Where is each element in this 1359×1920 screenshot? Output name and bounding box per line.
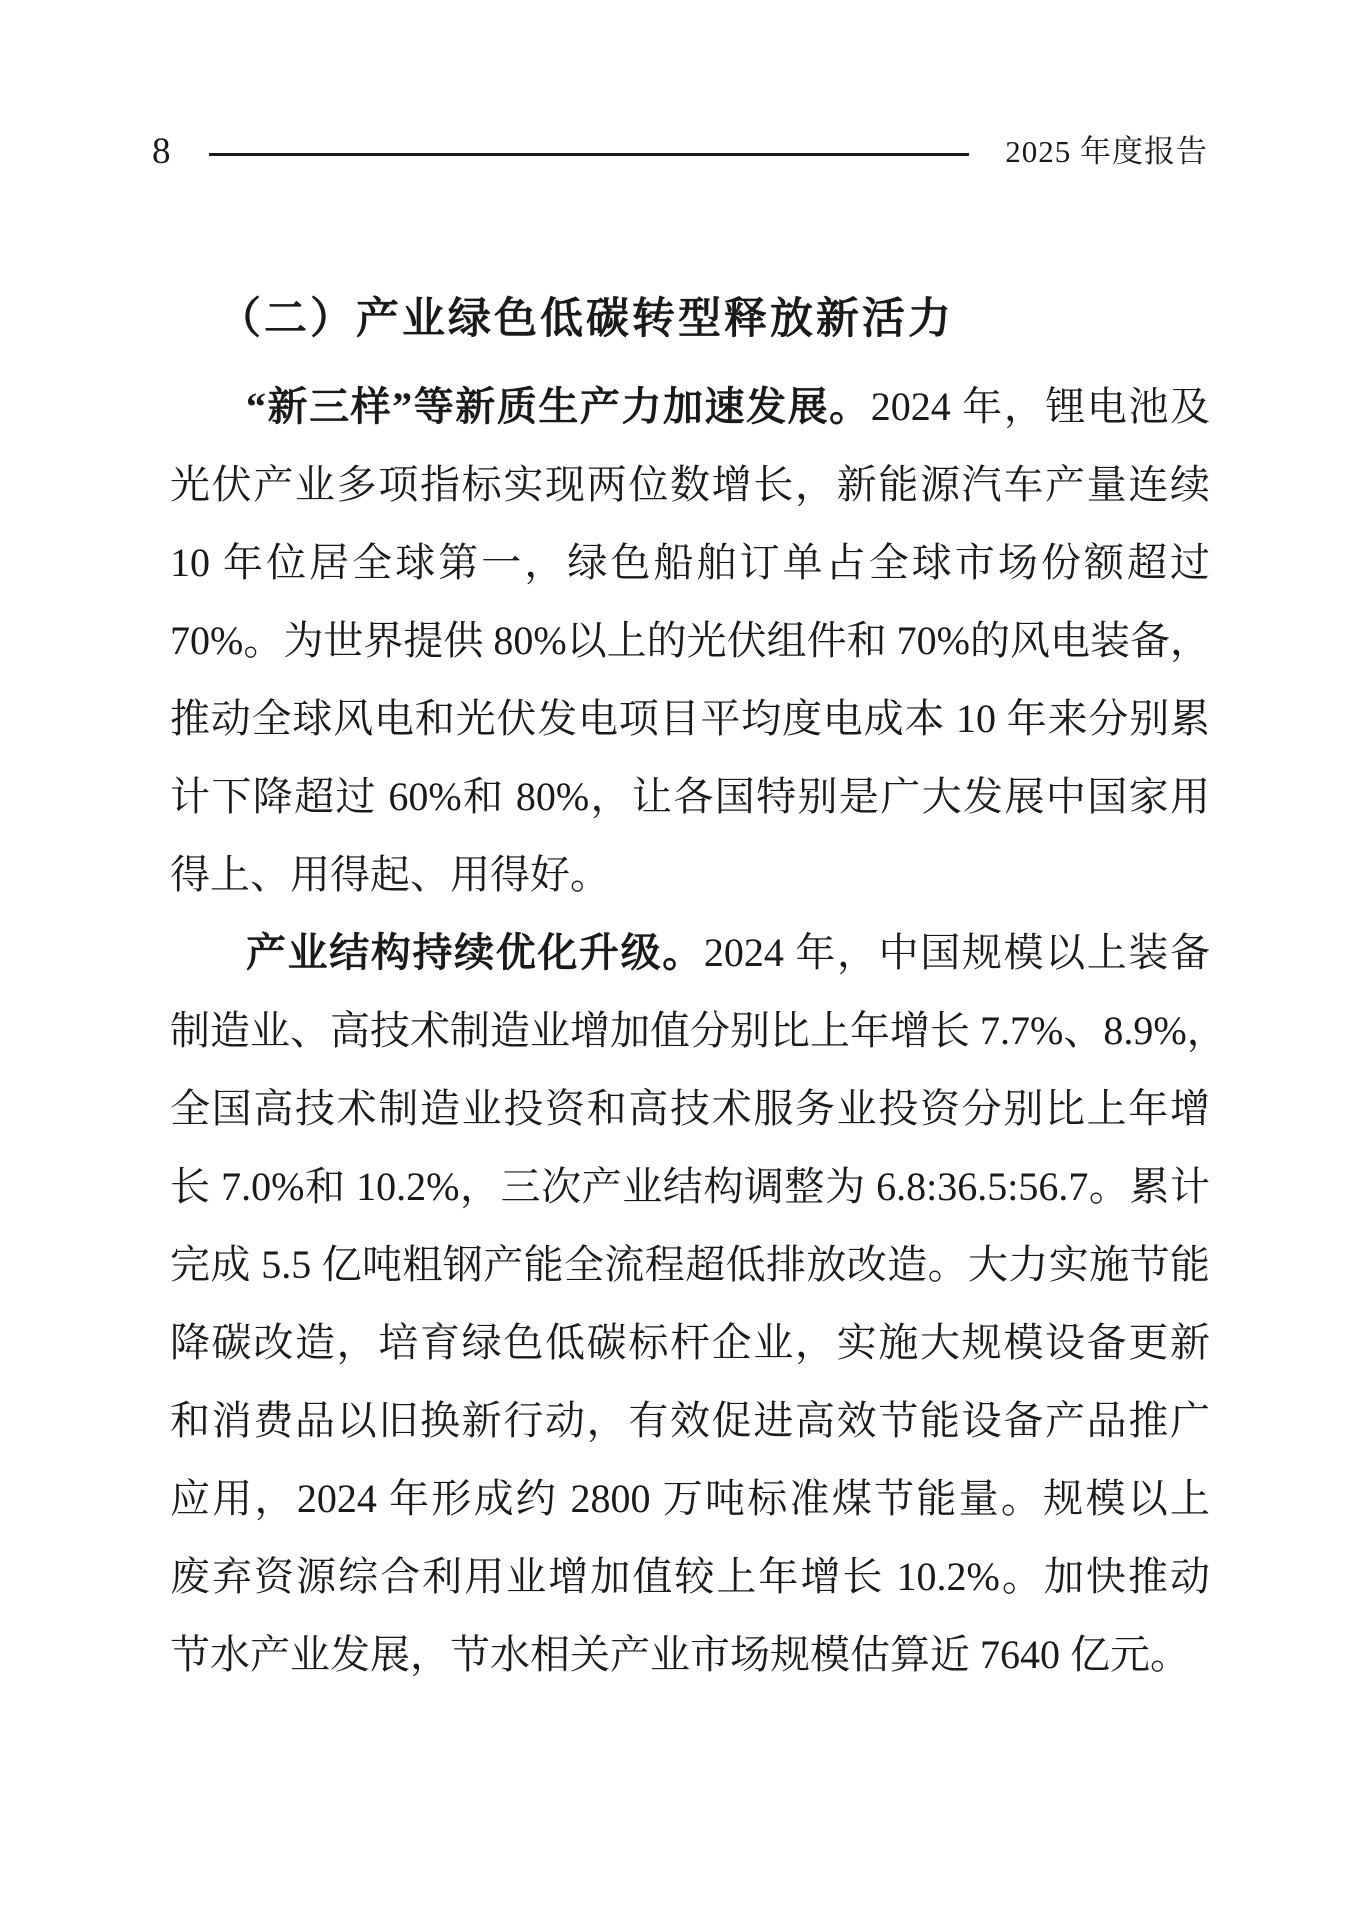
text-line: “新三样”等新质生产力加速发展。2024 年，锂电池及 [170, 368, 1210, 446]
paragraph-lead-rest: 2024 年，中国规模以上装备 [704, 930, 1210, 975]
text-line: 推动全球风电和光伏发电项目平均度电成本 10 年来分别累 [170, 680, 1210, 758]
paragraph-1: “新三样”等新质生产力加速发展。2024 年，锂电池及 光伏产业多项指标实现两位… [170, 368, 1210, 914]
text-line: 光伏产业多项指标实现两位数增长，新能源汽车产量连续 [170, 446, 1210, 524]
paragraph-lead-bold: “新三样”等新质生产力加速发展。 [246, 384, 871, 429]
text-line: 完成 5.5 亿吨粗钢产能全流程超低排放改造。大力实施节能 [170, 1226, 1210, 1304]
text-line: 得上、用得起、用得好。 [170, 836, 1210, 914]
text-line: 长 7.0%和 10.2%，三次产业结构调整为 6.8:36.5:56.7。累计 [170, 1148, 1210, 1226]
text-line: 10 年位居全球第一，绿色船舶订单占全球市场份额超过 [170, 524, 1210, 602]
header-rule [209, 153, 970, 156]
text-line: 应用，2024 年形成约 2800 万吨标准煤节能量。规模以上 [170, 1460, 1210, 1538]
section-heading: （二）产业绿色低碳转型释放新活力 [170, 292, 1210, 348]
text-line: 降碳改造，培育绿色低碳标杆企业，实施大规模设备更新 [170, 1304, 1210, 1382]
text-line: 计下降超过 60%和 80%，让各国特别是广大发展中国家用 [170, 758, 1210, 836]
paragraph-lead-bold: 产业结构持续优化升级。 [246, 930, 704, 975]
text-line: 全国高技术制造业投资和高技术服务业投资分别比上年增 [170, 1070, 1210, 1148]
page-header: 8 2025 年度报告 [152, 128, 1208, 176]
text-line: 产业结构持续优化升级。2024 年，中国规模以上装备 [170, 914, 1210, 992]
text-line: 制造业、高技术制造业增加值分别比上年增长 7.7%、8.9%， [170, 992, 1210, 1070]
text-line: 节水产业发展，节水相关产业市场规模估算近 7640 亿元。 [170, 1616, 1210, 1694]
document-page: 8 2025 年度报告 （二）产业绿色低碳转型释放新活力 “新三样”等新质生产力… [0, 0, 1359, 1920]
paragraph-2: 产业结构持续优化升级。2024 年，中国规模以上装备 制造业、高技术制造业增加值… [170, 914, 1210, 1694]
text-line: 70%。为世界提供 80%以上的光伏组件和 70%的风电装备， [170, 602, 1210, 680]
page-number: 8 [152, 128, 171, 176]
text-line: 和消费品以旧换新行动，有效促进高效节能设备产品推广 [170, 1382, 1210, 1460]
paragraph-lead-rest: 2024 年，锂电池及 [871, 384, 1210, 429]
report-title: 2025 年度报告 [1005, 128, 1208, 176]
text-line: 废弃资源综合利用业增加值较上年增长 10.2%。加快推动 [170, 1538, 1210, 1616]
body-text: “新三样”等新质生产力加速发展。2024 年，锂电池及 光伏产业多项指标实现两位… [170, 368, 1210, 1694]
